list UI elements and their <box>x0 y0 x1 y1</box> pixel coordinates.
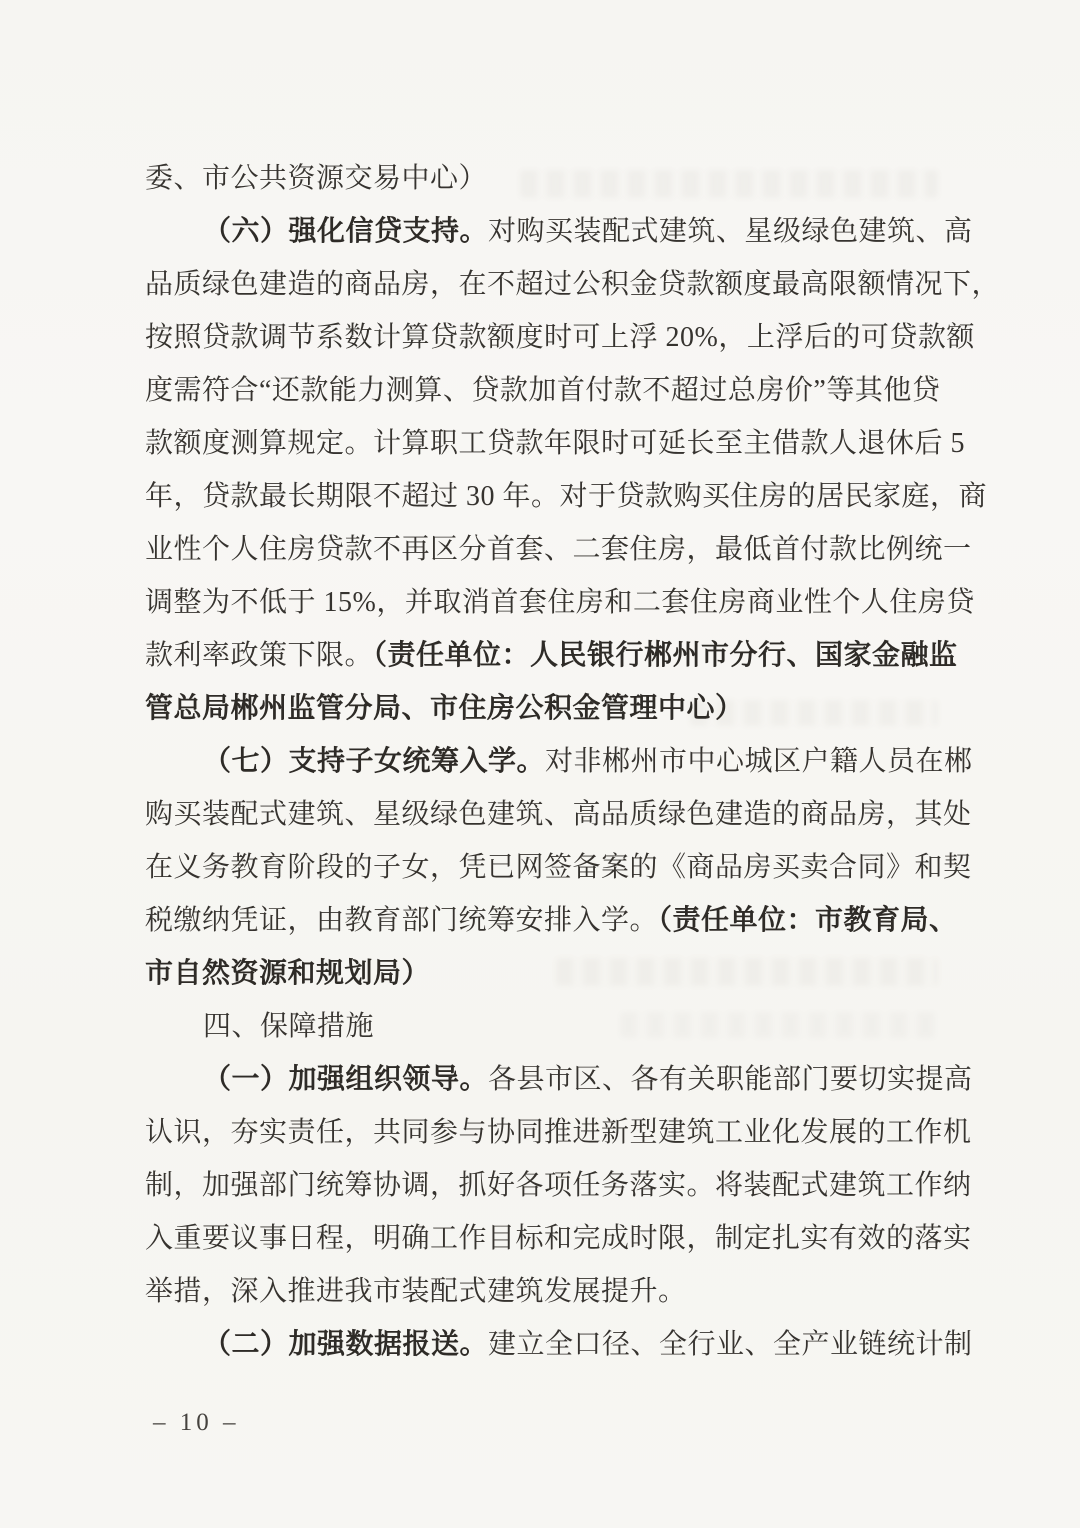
text-line: 品质绿色建造的商品房，在不超过公积金贷款额度最高限额情况下， <box>145 258 937 311</box>
bold-text-segment: （七）支持子女统筹入学。 <box>203 746 545 777</box>
text-segment: 购买装配式建筑、星级绿色建筑、高品质绿色建造的商品房，其处 <box>145 799 972 830</box>
text-line: 在义务教育阶段的子女，凭已网签备案的《商品房买卖合同》和契 <box>145 841 937 894</box>
text-line: 度需符合“还款能力测算、贷款加首付款不超过总房价”等其他贷 <box>145 364 937 417</box>
bold-text-segment: 管总局郴州监管分局、市住房公积金管理中心） <box>145 693 744 724</box>
bold-text-segment: （六）强化信贷支持。 <box>203 216 488 247</box>
text-line: 认识，夯实责任，共同参与协同推进新型建筑工业化发展的工作机 <box>145 1106 937 1159</box>
text-line: 款利率政策下限。（责任单位：人民银行郴州市分行、国家金融监 <box>145 629 937 682</box>
text-segment: 款额度测算规定。计算职工贷款年限时可延长至主借款人退休后 5 <box>145 428 965 459</box>
text-segment: 年，贷款最长期限不超过 30 年。对于贷款购买住房的居民家庭，商 <box>145 481 987 512</box>
text-segment: 各县市区、各有关职能部门要切实提高 <box>488 1064 973 1095</box>
text-line: 业性个人住房贷款不再区分首套、二套住房，最低首付款比例统一 <box>145 523 937 576</box>
bold-text-segment: （责任单位：人民银行郴州市分行、国家金融监 <box>373 640 958 671</box>
text-segment: 按照贷款调节系数计算贷款额度时可上浮 20%，上浮后的可贷款额 <box>145 322 975 353</box>
text-line: 市自然资源和规划局） <box>145 947 937 1000</box>
text-line: 管总局郴州监管分局、市住房公积金管理中心） <box>145 682 937 735</box>
bold-text-segment: （一）加强组织领导。 <box>203 1064 488 1095</box>
text-segment: 委、市公共资源交易中心） <box>145 163 487 194</box>
text-segment: 对购买装配式建筑、星级绿色建筑、高 <box>488 216 973 247</box>
page-number: – 10 – <box>153 1406 240 1440</box>
text-segment: 税缴纳凭证，由教育部门统筹安排入学。 <box>145 905 658 936</box>
text-line: 委、市公共资源交易中心） <box>145 152 937 205</box>
bold-text-segment: 市自然资源和规划局） <box>145 958 430 989</box>
text-segment: 举措，深入推进我市装配式建筑发展提升。 <box>145 1276 687 1307</box>
text-line: 举措，深入推进我市装配式建筑发展提升。 <box>145 1265 937 1318</box>
text-line: 款额度测算规定。计算职工贷款年限时可延长至主借款人退休后 5 <box>145 417 937 470</box>
text-line: （六）强化信贷支持。对购买装配式建筑、星级绿色建筑、高 <box>145 205 937 258</box>
bold-text-segment: （责任单位：市教育局、 <box>658 905 958 936</box>
text-line: 入重要议事日程，明确工作目标和完成时限，制定扎实有效的落实 <box>145 1212 937 1265</box>
text-segment: 度需符合“还款能力测算、贷款加首付款不超过总房价”等其他贷 <box>145 375 940 406</box>
text-segment: 建立全口径、全行业、全产业链统计制 <box>488 1329 973 1360</box>
text-segment: 四、保障措施 <box>203 1011 374 1042</box>
text-line: 购买装配式建筑、星级绿色建筑、高品质绿色建造的商品房，其处 <box>145 788 937 841</box>
text-line: 调整为不低于 15%，并取消首套住房和二套住房商业性个人住房贷 <box>145 576 937 629</box>
text-segment: 调整为不低于 15%，并取消首套住房和二套住房商业性个人住房贷 <box>145 587 975 618</box>
text-line: 年，贷款最长期限不超过 30 年。对于贷款购买住房的居民家庭，商 <box>145 470 937 523</box>
text-line: 制，加强部门统筹协调，抓好各项任务落实。将装配式建筑工作纳 <box>145 1159 937 1212</box>
text-segment: 制，加强部门统筹协调，抓好各项任务落实。将装配式建筑工作纳 <box>145 1170 972 1201</box>
text-segment: 对非郴州市中心城区户籍人员在郴 <box>545 746 973 777</box>
text-line: （七）支持子女统筹入学。对非郴州市中心城区户籍人员在郴 <box>145 735 937 788</box>
text-line: （一）加强组织领导。各县市区、各有关职能部门要切实提高 <box>145 1053 937 1106</box>
text-segment: 款利率政策下限。 <box>145 640 373 671</box>
text-segment: 在义务教育阶段的子女，凭已网签备案的《商品房买卖合同》和契 <box>145 852 972 883</box>
text-line: 税缴纳凭证，由教育部门统筹安排入学。（责任单位：市教育局、 <box>145 894 937 947</box>
text-segment: 认识，夯实责任，共同参与协同推进新型建筑工业化发展的工作机 <box>145 1117 972 1148</box>
text-line: 四、保障措施 <box>145 1000 937 1053</box>
bold-text-segment: （二）加强数据报送。 <box>203 1329 488 1360</box>
text-segment: 业性个人住房贷款不再区分首套、二套住房，最低首付款比例统一 <box>145 534 972 565</box>
text-segment: 入重要议事日程，明确工作目标和完成时限，制定扎实有效的落实 <box>145 1223 972 1254</box>
document-page: 委、市公共资源交易中心）（六）强化信贷支持。对购买装配式建筑、星级绿色建筑、高品… <box>0 0 1080 1528</box>
text-line: 按照贷款调节系数计算贷款额度时可上浮 20%，上浮后的可贷款额 <box>145 311 937 364</box>
text-segment: 品质绿色建造的商品房，在不超过公积金贷款额度最高限额情况下， <box>145 269 1000 300</box>
document-body: 委、市公共资源交易中心）（六）强化信贷支持。对购买装配式建筑、星级绿色建筑、高品… <box>145 152 937 1371</box>
text-line: （二）加强数据报送。建立全口径、全行业、全产业链统计制 <box>145 1318 937 1371</box>
